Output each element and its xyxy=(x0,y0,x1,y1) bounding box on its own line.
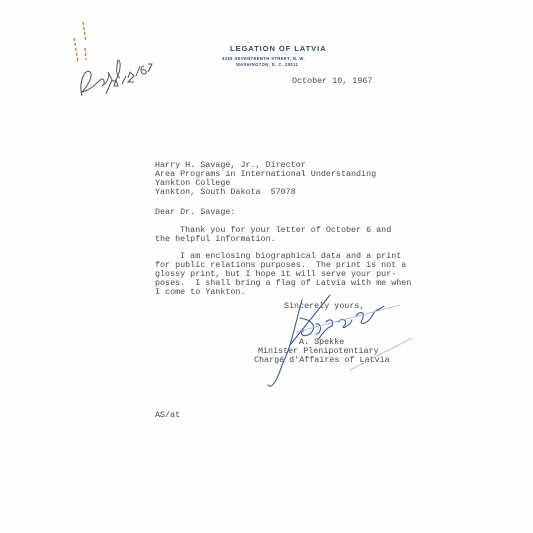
signature-ink xyxy=(0,0,533,533)
reference-initials: AS/at xyxy=(155,411,180,420)
letter-page: LEGATION OF LATVIA 4325 SEVENTEENTH STRE… xyxy=(0,0,533,533)
